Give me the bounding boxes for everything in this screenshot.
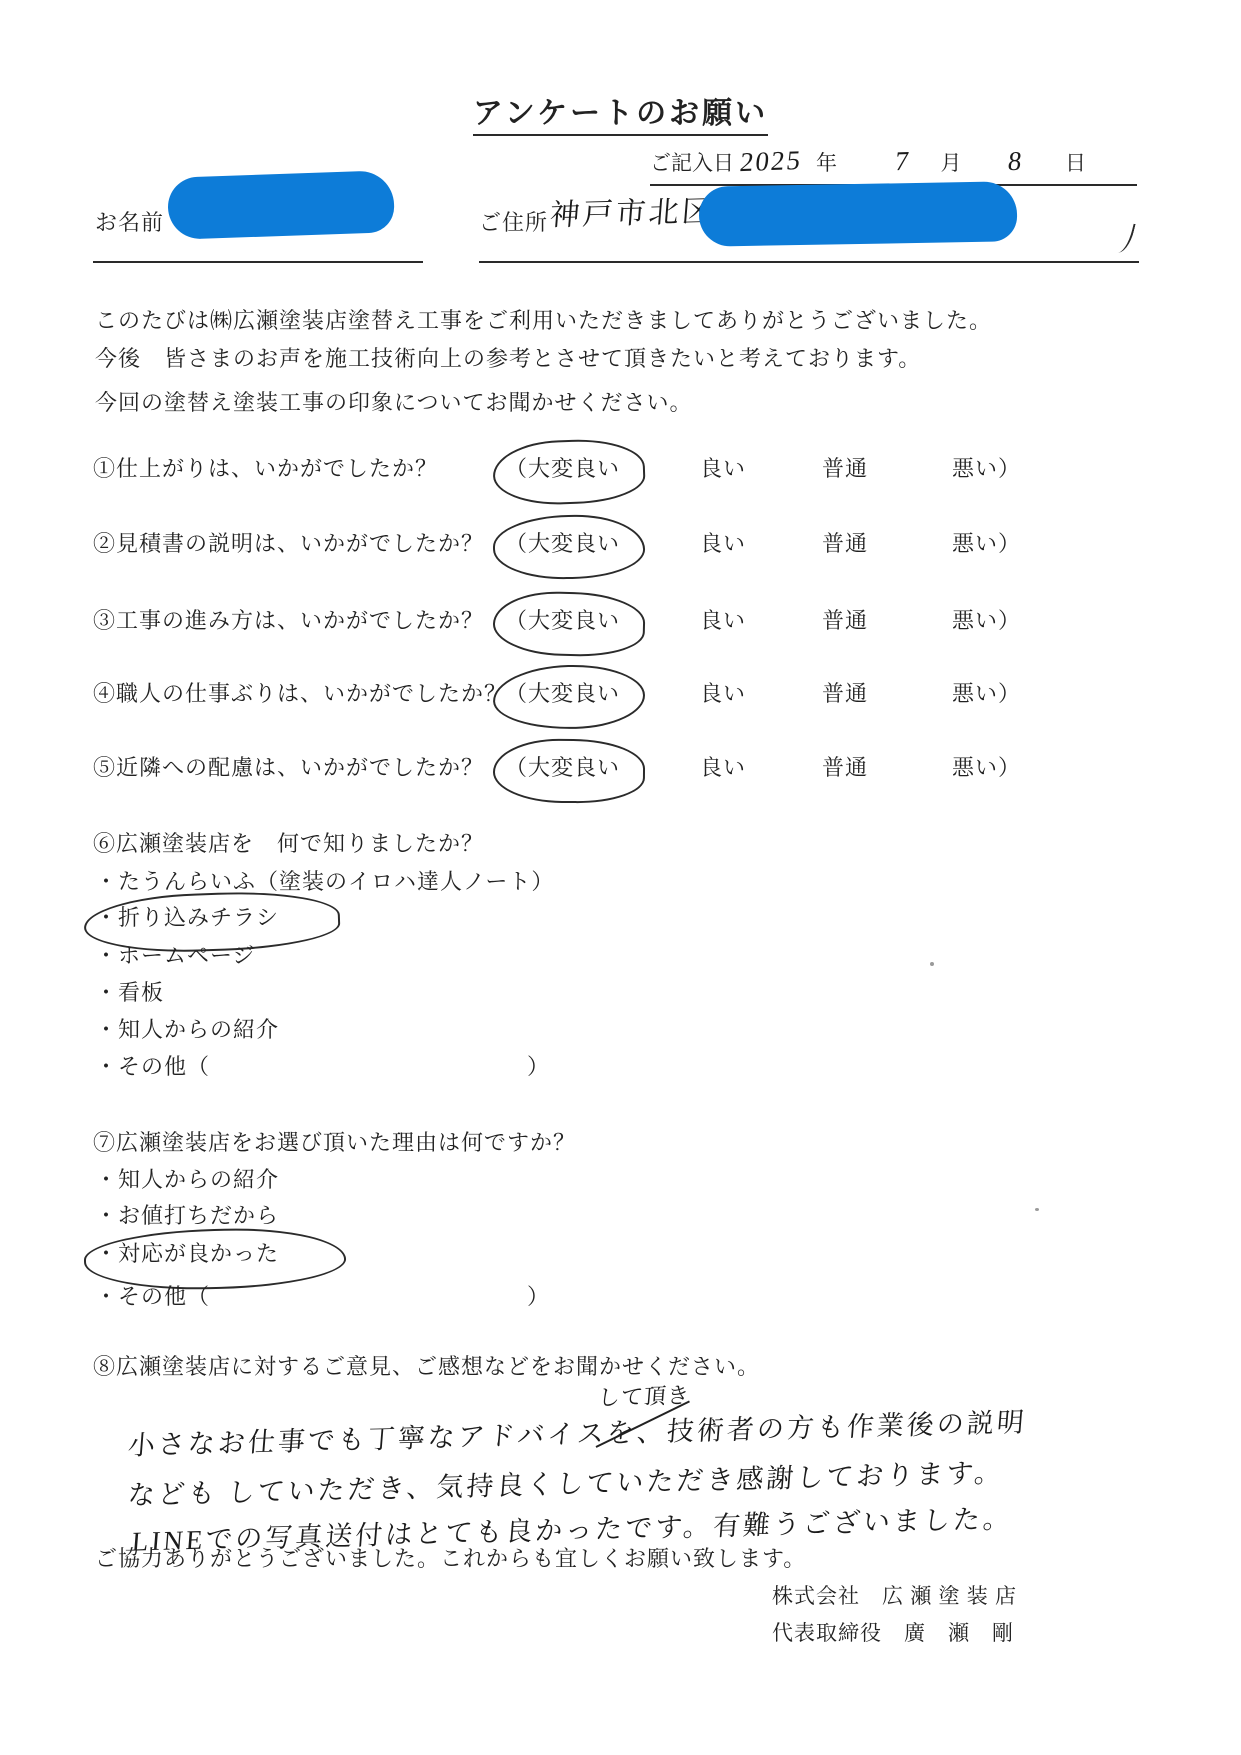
question-row-4: ④職人の仕事ぶりは、いかがでしたか？ （大変良い 良い 普通 悪い） bbox=[93, 681, 1173, 715]
q6-option-signboard: ・看板 bbox=[95, 980, 164, 1006]
question-row-3: ③工事の進み方は、いかがでしたか？ （大変良い 良い 普通 悪い） bbox=[93, 608, 1173, 642]
option-normal: 普通 bbox=[822, 755, 868, 781]
fill-date-day-suffix: 日 bbox=[1065, 147, 1086, 177]
question-text: ③工事の進み方は、いかがでしたか？ bbox=[93, 608, 484, 634]
selection-circle bbox=[493, 738, 646, 803]
survey-scan-page: アンケートのお願い ご記入日2025年7月8日 お名前 ご住所 神戸市北区 この… bbox=[0, 0, 1241, 1755]
option-normal: 普通 bbox=[822, 456, 868, 482]
question-row-5: ⑤近隣への配慮は、いかがでしたか？ （大変良い 良い 普通 悪い） bbox=[93, 755, 1173, 789]
closing-note: ご協力ありがとうございました。これからも宜しくお願い致します。 bbox=[95, 1546, 806, 1572]
fill-date-year-value: 2025 bbox=[738, 145, 803, 178]
question-row-1: ①仕上がりは、いかがでしたか？ （大変良い 良い 普通 悪い） bbox=[93, 456, 1173, 490]
name-label: お名前 bbox=[95, 210, 164, 236]
representative-name: 代表取締役 廣 瀬 剛 bbox=[772, 1621, 1014, 1646]
name-underline bbox=[93, 261, 423, 263]
intro-line-3: 今回の塗替え塗装工事の印象についてお聞かせください。 bbox=[95, 390, 693, 416]
q6-option-other: ・その他（ ） bbox=[95, 1054, 615, 1086]
q6-option-other-label: ・その他（ bbox=[95, 1054, 210, 1079]
question-text: ④職人の仕事ぶりは、いかがでしたか？ bbox=[93, 681, 507, 707]
fill-date-day-value: 8 bbox=[1006, 146, 1025, 178]
company-name: 株式会社 広 瀬 塗 装 店 bbox=[772, 1584, 1017, 1609]
scan-artifact bbox=[930, 962, 934, 966]
q7-option-other-label: ・その他（ bbox=[95, 1284, 210, 1309]
selection-circle bbox=[492, 590, 646, 658]
q7-selection-circle bbox=[83, 1226, 346, 1293]
q6-heading: ⑥広瀬塗装店を 何で知りましたか？ bbox=[93, 831, 484, 857]
q6-option-homepage: ・ホームページ bbox=[95, 943, 256, 969]
name-redaction bbox=[167, 170, 395, 240]
fill-date-row: ご記入日2025年7月8日 bbox=[650, 146, 1137, 186]
q6-option-referral: ・知人からの紹介 bbox=[95, 1017, 279, 1043]
scan-artifact bbox=[1035, 1208, 1039, 1211]
option-bad: 悪い） bbox=[952, 755, 1021, 781]
q7-heading: ⑦広瀬塗装店をお選び頂いた理由は何ですか？ bbox=[93, 1130, 576, 1156]
fill-date-month-suffix: 月 bbox=[941, 147, 962, 177]
pen-tick-mark bbox=[1114, 221, 1135, 255]
q7-option-referral: ・知人からの紹介 bbox=[95, 1167, 279, 1193]
q7-option-value: ・お値打ちだから bbox=[95, 1203, 279, 1229]
intro-line-1: このたびは㈱広瀬塗装店塗替え工事をご利用いただきましてありがとうございました。 bbox=[95, 308, 992, 334]
question-text: ②見積書の説明は、いかがでしたか？ bbox=[93, 531, 484, 557]
address-label: ご住所 bbox=[479, 210, 548, 236]
q8-heading: ⑧広瀬塗装店に対するご意見、ご感想などをお聞かせください。 bbox=[93, 1354, 760, 1380]
q6-option-townlife: ・たうんらいふ（塗装のイロハ達人ノート） bbox=[95, 869, 554, 895]
address-underline bbox=[479, 261, 1139, 263]
option-bad: 悪い） bbox=[952, 681, 1021, 707]
option-good: 良い bbox=[700, 608, 746, 634]
question-row-2: ②見積書の説明は、いかがでしたか？ （大変良い 良い 普通 悪い） bbox=[93, 531, 1173, 565]
intro-line-2: 今後 皆さまのお声を施工技術向上の参考とさせて頂きたいと考えております。 bbox=[95, 346, 921, 372]
selection-circle bbox=[492, 663, 646, 731]
fill-date-year-suffix: 年 bbox=[816, 147, 837, 177]
selection-circle bbox=[492, 437, 646, 506]
option-normal: 普通 bbox=[822, 681, 868, 707]
option-normal: 普通 bbox=[822, 608, 868, 634]
question-text: ⑤近隣への配慮は、いかがでしたか？ bbox=[93, 755, 484, 781]
q7-other-close-paren: ） bbox=[527, 1284, 550, 1310]
option-good: 良い bbox=[700, 755, 746, 781]
option-good: 良い bbox=[700, 531, 746, 557]
option-normal: 普通 bbox=[822, 531, 868, 557]
address-value: 神戸市北区 bbox=[548, 186, 716, 234]
form-title: アンケートのお願い bbox=[473, 97, 768, 136]
selection-circle bbox=[492, 514, 645, 581]
fill-date-month-value: 7 bbox=[893, 146, 912, 178]
address-redaction bbox=[699, 181, 1018, 247]
option-bad: 悪い） bbox=[952, 456, 1021, 482]
option-good: 良い bbox=[700, 681, 746, 707]
q7-option-other: ・その他（ ） bbox=[95, 1284, 615, 1316]
option-bad: 悪い） bbox=[952, 531, 1021, 557]
title-wrap: アンケートのお願い bbox=[0, 88, 1241, 132]
option-bad: 悪い） bbox=[952, 608, 1021, 634]
option-good: 良い bbox=[700, 456, 746, 482]
question-text: ①仕上がりは、いかがでしたか？ bbox=[93, 456, 438, 482]
q6-other-close-paren: ） bbox=[527, 1054, 550, 1080]
fill-date-label: ご記入日 bbox=[650, 147, 734, 177]
